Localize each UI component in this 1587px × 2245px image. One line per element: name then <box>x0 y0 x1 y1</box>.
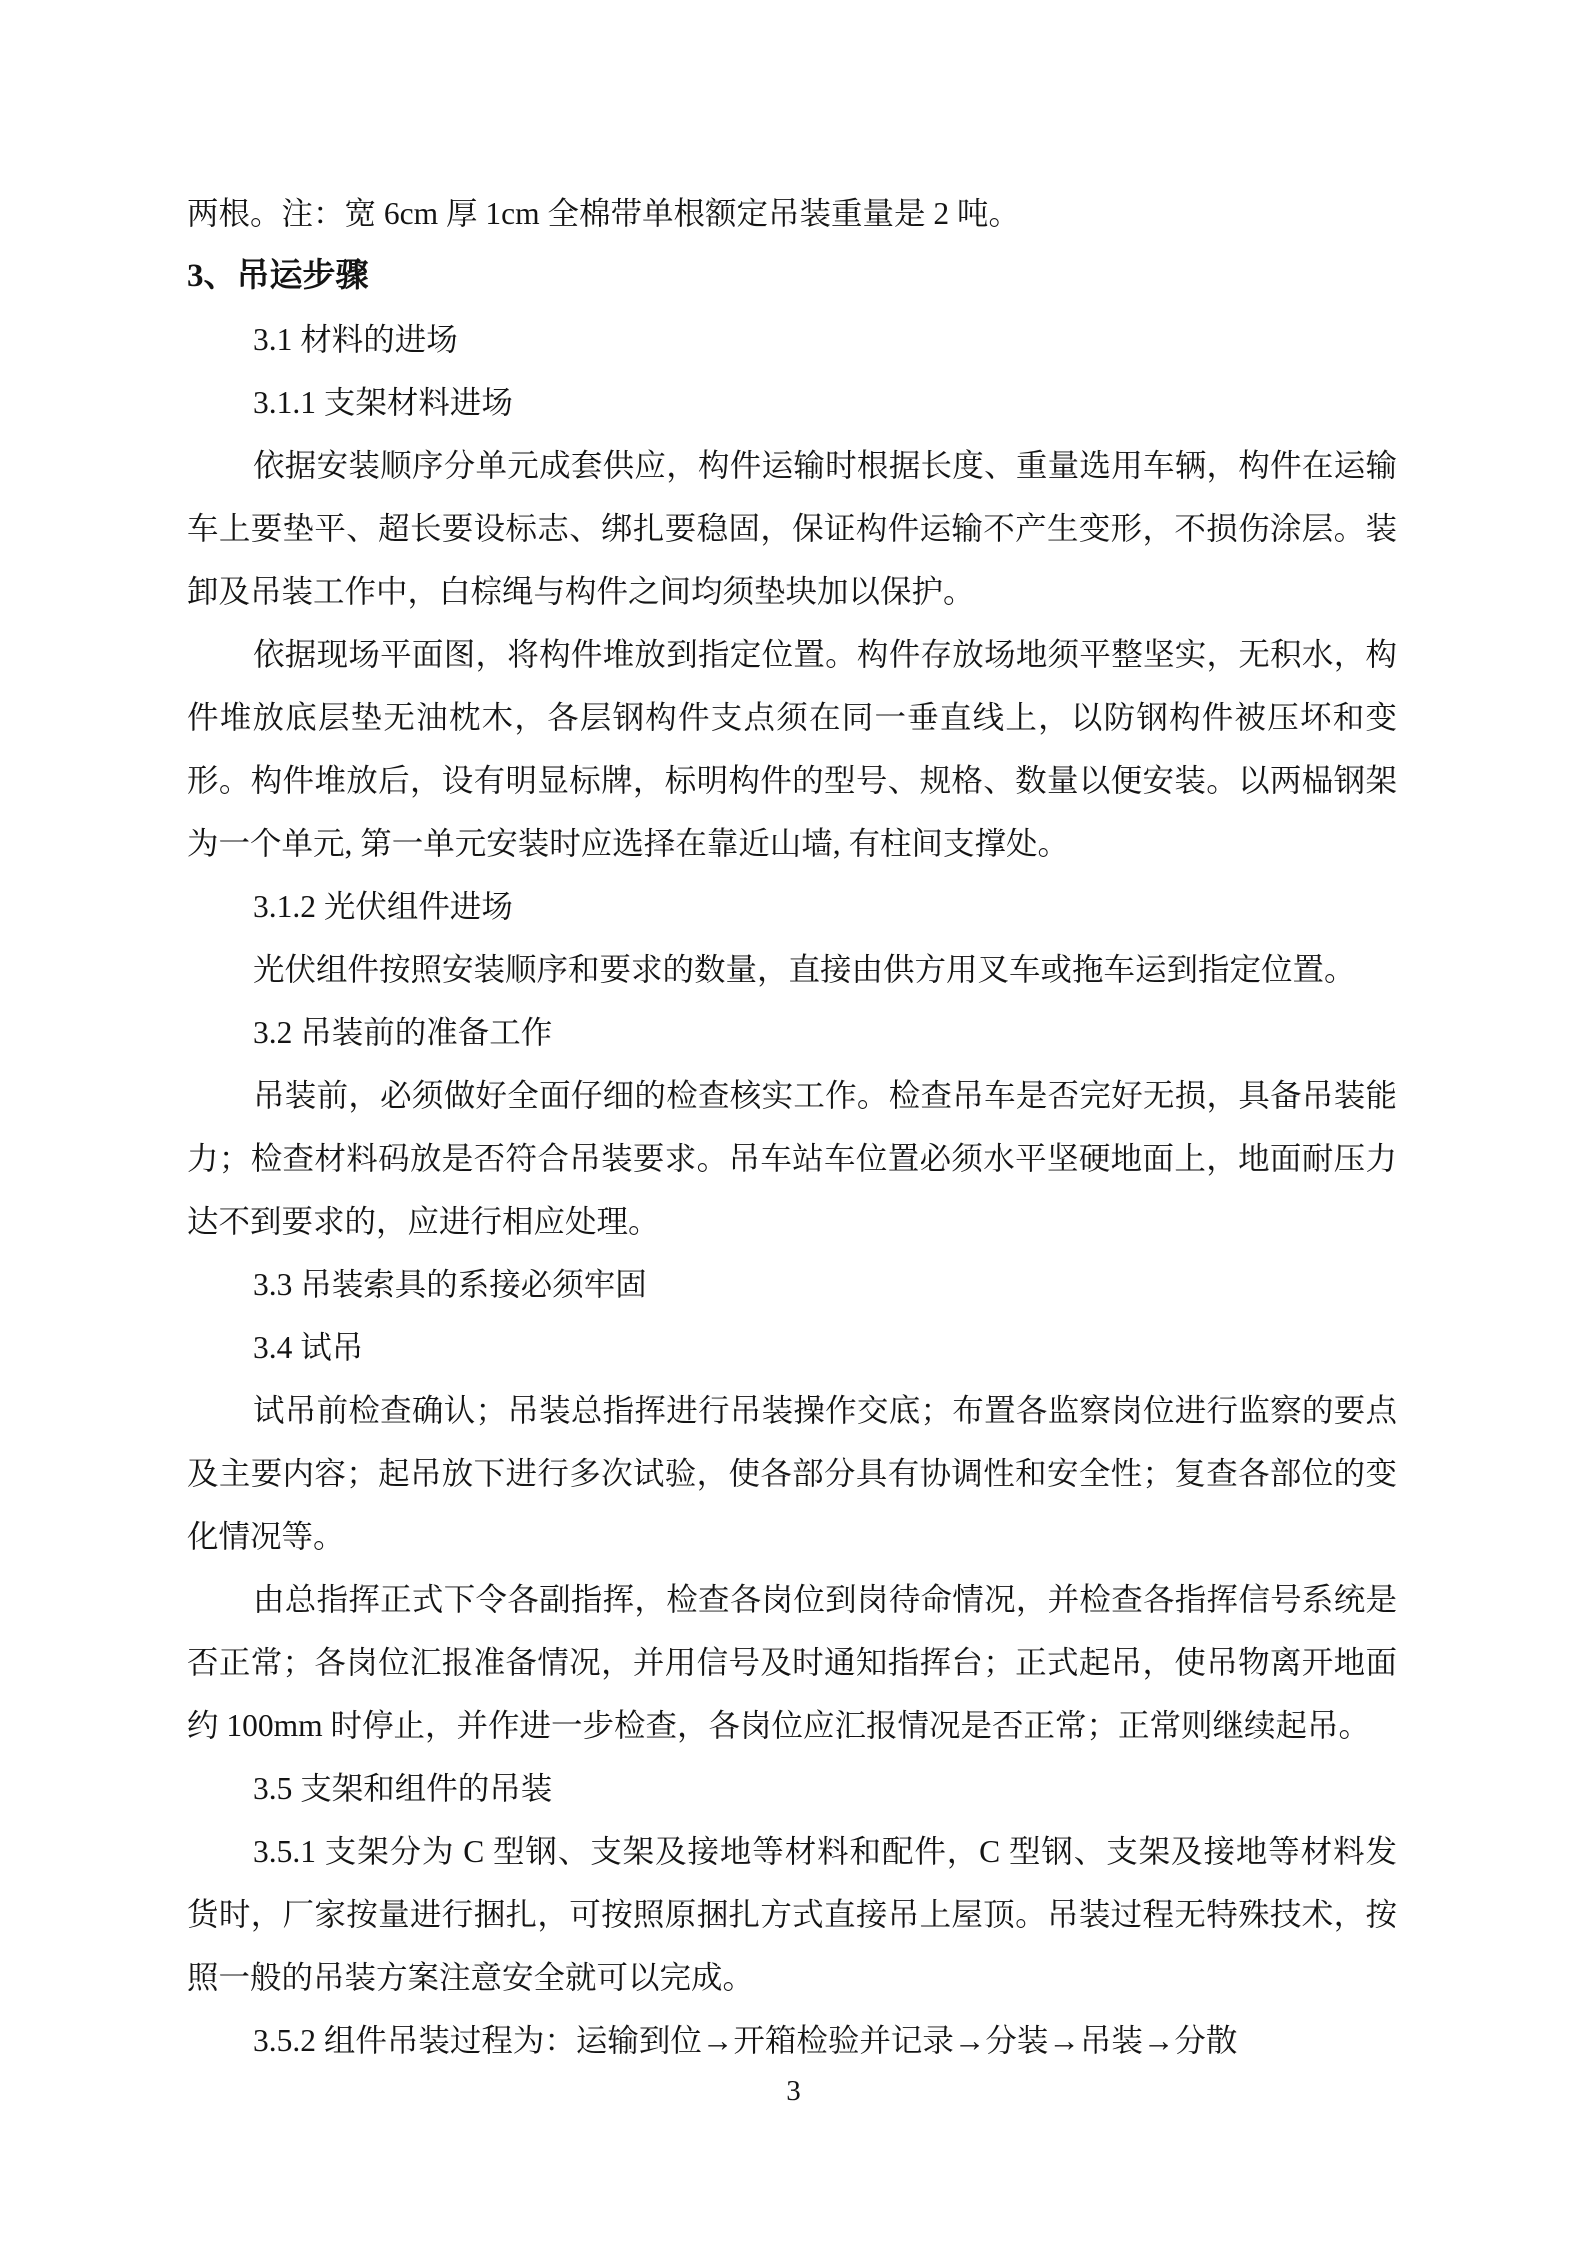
body-paragraph: 依据安装顺序分单元成套供应，构件运输时根据长度、重量选用车辆，构件在运输车上要垫… <box>187 434 1397 623</box>
subsection-heading: 3.1 材料的进场 <box>187 308 1397 371</box>
body-paragraph: 光伏组件按照安装顺序和要求的数量，直接由供方用叉车或拖车运到指定位置。 <box>187 938 1397 1001</box>
section-heading: 3、吊运步骤 <box>187 245 1397 308</box>
body-paragraph: 试吊前检查确认；吊装总指挥进行吊装操作交底；布置各监察岗位进行监察的要点及主要内… <box>187 1379 1397 1568</box>
subsection-heading: 3.1.2 光伏组件进场 <box>187 875 1397 938</box>
subsection-heading: 3.5 支架和组件的吊装 <box>187 1757 1397 1820</box>
subsection-heading: 3.3 吊装索具的系接必须牢固 <box>187 1253 1397 1316</box>
subsection-heading: 3.2 吊装前的准备工作 <box>187 1001 1397 1064</box>
body-paragraph: 吊装前，必须做好全面仔细的检查核实工作。检查吊车是否完好无损，具备吊装能力；检查… <box>187 1064 1397 1253</box>
body-paragraph: 依据现场平面图，将构件堆放到指定位置。构件存放场地须平整坚实，无积水，构件堆放底… <box>187 623 1397 875</box>
body-paragraph: 3.5.1 支架分为 C 型钢、支架及接地等材料和配件，C 型钢、支架及接地等材… <box>187 1820 1397 2009</box>
document-body: 两根。注：宽 6cm 厚 1cm 全棉带单根额定吊装重量是 2 吨。3、吊运步骤… <box>187 182 1397 2072</box>
subsection-heading: 3.4 试吊 <box>187 1316 1397 1379</box>
document-page: 两根。注：宽 6cm 厚 1cm 全棉带单根额定吊装重量是 2 吨。3、吊运步骤… <box>0 0 1587 2245</box>
body-paragraph: 由总指挥正式下令各副指挥，检查各岗位到岗待命情况，并检查各指挥信号系统是否正常；… <box>187 1568 1397 1757</box>
page-number: 3 <box>0 2070 1587 2112</box>
body-paragraph: 两根。注：宽 6cm 厚 1cm 全棉带单根额定吊装重量是 2 吨。 <box>187 182 1397 245</box>
subsection-heading: 3.1.1 支架材料进场 <box>187 371 1397 434</box>
body-paragraph: 3.5.2 组件吊装过程为：运输到位→开箱检验并记录→分装→吊装→分散 <box>187 2009 1397 2072</box>
